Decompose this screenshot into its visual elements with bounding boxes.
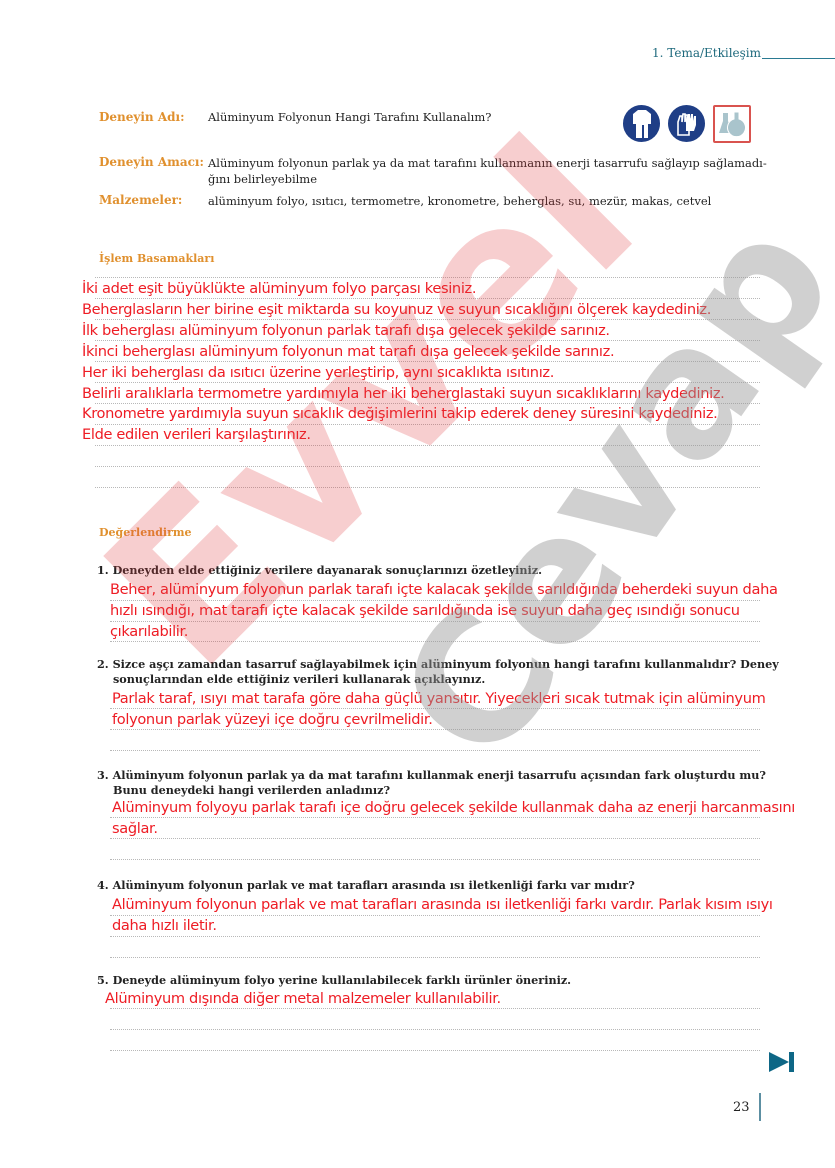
theme-header: 1. Tema/Etkileşim — [652, 46, 761, 60]
experiment-name-label: Deneyin Adı: — [99, 110, 185, 124]
answer-5-line: Alüminyum dışında diğer metal malzemeler… — [105, 990, 501, 1007]
safety-icons — [623, 105, 751, 143]
answer-line — [110, 957, 760, 958]
answer-3-line: sağlar. — [112, 820, 158, 837]
page-number: 23 — [733, 1100, 750, 1115]
gloves-icon — [668, 105, 705, 142]
question-3: 3. Alüminyum folyonun parlak ya da mat t… — [97, 768, 766, 798]
header-rule — [762, 58, 835, 59]
answer-line — [110, 817, 760, 818]
answer-4-line: Alüminyum folyonun parlak ve mat tarafla… — [112, 896, 773, 913]
answer-line — [110, 1050, 760, 1051]
answer-4-line: daha hızlı iletir. — [112, 917, 217, 934]
materials-label: Malzemeler: — [99, 193, 182, 207]
lab-coat-icon — [623, 105, 660, 142]
question-5: 5. Deneyde alüminyum folyo yerine kullan… — [97, 973, 571, 988]
page-number-bar — [759, 1093, 761, 1121]
question-4: 4. Alüminyum folyonun parlak ve mat tara… — [97, 878, 635, 893]
experiment-purpose-label: Deneyin Amacı: — [99, 155, 204, 169]
experiment-name-value: Alüminyum Folyonun Hangi Tarafını Kullan… — [208, 109, 491, 125]
answer-line — [110, 859, 760, 860]
answer-line — [110, 936, 760, 937]
answer-2-line: folyonun parlak yüzeyi içe doğru çevrilm… — [112, 711, 432, 728]
flask-icon — [713, 105, 751, 143]
answer-line — [110, 838, 760, 839]
next-page-icon[interactable] — [768, 1050, 796, 1074]
answer-line — [110, 1029, 760, 1030]
answer-line — [110, 1008, 760, 1009]
steps-title: İşlem Basamakları — [99, 252, 214, 265]
answer-line — [110, 750, 760, 751]
answer-line — [110, 915, 760, 916]
answer-3-line: Alüminyum folyoyu parlak tarafı içe doğr… — [112, 799, 795, 816]
